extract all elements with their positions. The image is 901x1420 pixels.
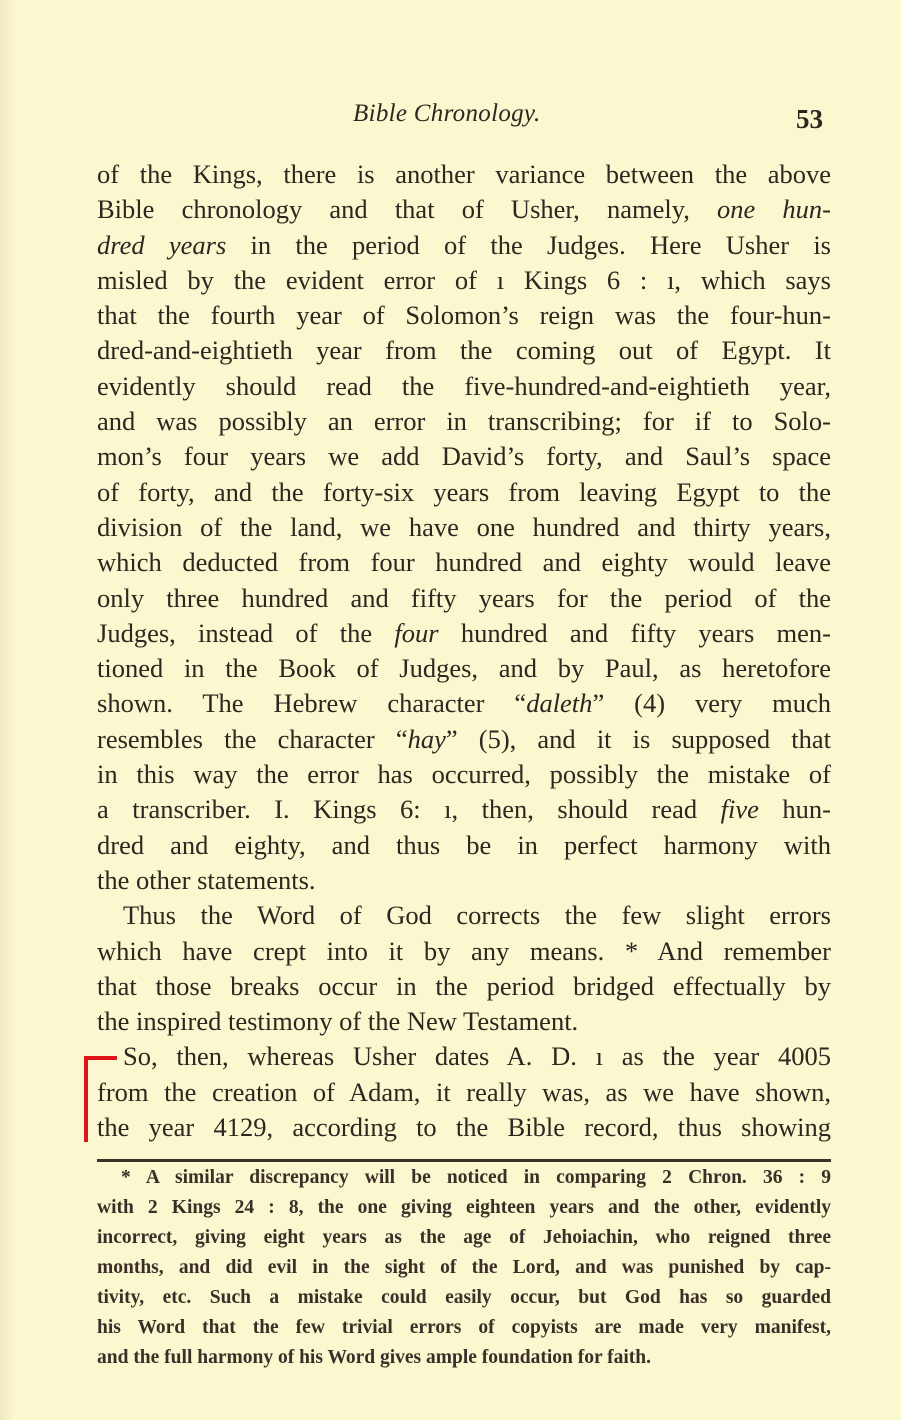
text-line: dred-and-eightieth year from the coming … xyxy=(97,333,831,368)
text-line: from the creation of Adam, it really was… xyxy=(97,1075,831,1110)
paragraph-3: So, then, whereas Usher dates A. D. ı as… xyxy=(97,1039,831,1145)
italic-span: one hun- xyxy=(717,194,831,224)
text-line: which have crept into it by any means. *… xyxy=(97,934,831,969)
text-line: Thus the Word of God corrects the few sl… xyxy=(97,898,831,933)
text-line: dred and eighty, and thus be in perfect … xyxy=(97,828,831,863)
footnote-line: and the full harmony of his Word gives a… xyxy=(97,1343,831,1373)
footnote: * A similar discrepancy will be noticed … xyxy=(97,1163,831,1373)
footnote-line: tivity, etc. Such a mistake could easily… xyxy=(97,1283,831,1313)
text-line: division of the land, we have one hundre… xyxy=(97,510,831,545)
text-line: only three hundred and fifty years for t… xyxy=(97,581,831,616)
text-line: of the Kings, there is another variance … xyxy=(97,157,831,192)
text-span: Judges, instead of the xyxy=(97,618,394,648)
italic-span: four xyxy=(394,618,438,648)
paragraph-2: Thus the Word of God corrects the few sl… xyxy=(97,898,831,1039)
footnote-line: incorrect, giving eight years as the age… xyxy=(97,1223,831,1253)
text-line: evidently should read the five-hundred-a… xyxy=(97,369,831,404)
text-span: hun- xyxy=(759,794,831,824)
text-line: which deducted from four hundred and eig… xyxy=(97,545,831,580)
text-line: the inspired testimony of the New Testam… xyxy=(97,1004,831,1039)
running-head: Bible Chronology. 53 xyxy=(0,98,901,138)
red-bracket-marker xyxy=(84,1056,117,1142)
text-line: dred years in the period of the Judges. … xyxy=(97,228,831,263)
footnote-line: his Word that the few trivial errors of … xyxy=(97,1313,831,1343)
italic-span: daleth xyxy=(526,688,592,718)
bracket-horizontal-stroke xyxy=(84,1056,117,1060)
body-text: of the Kings, there is another variance … xyxy=(97,157,831,1145)
text-line: Judges, instead of the four hundred and … xyxy=(97,616,831,651)
page-edge-shadow xyxy=(0,0,14,1420)
text-span: a transcriber. I. Kings 6: ı, then, shou… xyxy=(97,794,721,824)
italic-span: hay xyxy=(408,724,446,754)
text-line: shown. The Hebrew character “daleth” (4)… xyxy=(97,686,831,721)
text-line: a transcriber. I. Kings 6: ı, then, shou… xyxy=(97,792,831,827)
footnote-line: with 2 Kings 24 : 8, the one giving eigh… xyxy=(97,1193,831,1223)
page-number: 53 xyxy=(796,104,823,135)
text-span: ” (4) very much xyxy=(592,688,831,718)
text-span: in the period of the Judges. Here Usher … xyxy=(251,230,831,260)
text-line: mon’s four years we add David’s forty, a… xyxy=(97,439,831,474)
bracket-vertical-stroke xyxy=(84,1056,88,1142)
text-span: shown. The Hebrew character “ xyxy=(97,688,526,718)
text-line: and was possibly an error in transcribin… xyxy=(97,404,831,439)
italic-span: dred years xyxy=(97,230,226,260)
text-span: resembles the character “ xyxy=(97,724,408,754)
text-line: the other statements. xyxy=(97,863,831,898)
footnote-line: months, and did evil in the sight of the… xyxy=(97,1253,831,1283)
text-line: resembles the character “hay” (5), and i… xyxy=(97,722,831,757)
text-line: in this way the error has occurred, poss… xyxy=(97,757,831,792)
text-line: the year 4129, according to the Bible re… xyxy=(97,1110,831,1145)
text-line: of forty, and the forty-six years from l… xyxy=(97,475,831,510)
text-line: that those breaks occur in the period br… xyxy=(97,969,831,1004)
text-span: hundred and fifty years men- xyxy=(439,618,831,648)
paragraph-1: of the Kings, there is another variance … xyxy=(97,157,831,898)
text-line: tioned in the Book of Judges, and by Pau… xyxy=(97,651,831,686)
text-span: ” (5), and it is supposed that xyxy=(446,724,831,754)
italic-span: five xyxy=(721,794,759,824)
text-line: misled by the evident error of ı Kings 6… xyxy=(97,263,831,298)
running-title: Bible Chronology. xyxy=(353,100,541,128)
text-span: Bible chronology and that of Usher, name… xyxy=(97,194,717,224)
footnote-line: * A similar discrepancy will be noticed … xyxy=(97,1163,831,1193)
text-line: that the fourth year of Solomon’s reign … xyxy=(97,298,831,333)
footnote-divider xyxy=(97,1159,831,1162)
text-line: Bible chronology and that of Usher, name… xyxy=(97,192,831,227)
text-line: So, then, whereas Usher dates A. D. ı as… xyxy=(97,1039,831,1074)
